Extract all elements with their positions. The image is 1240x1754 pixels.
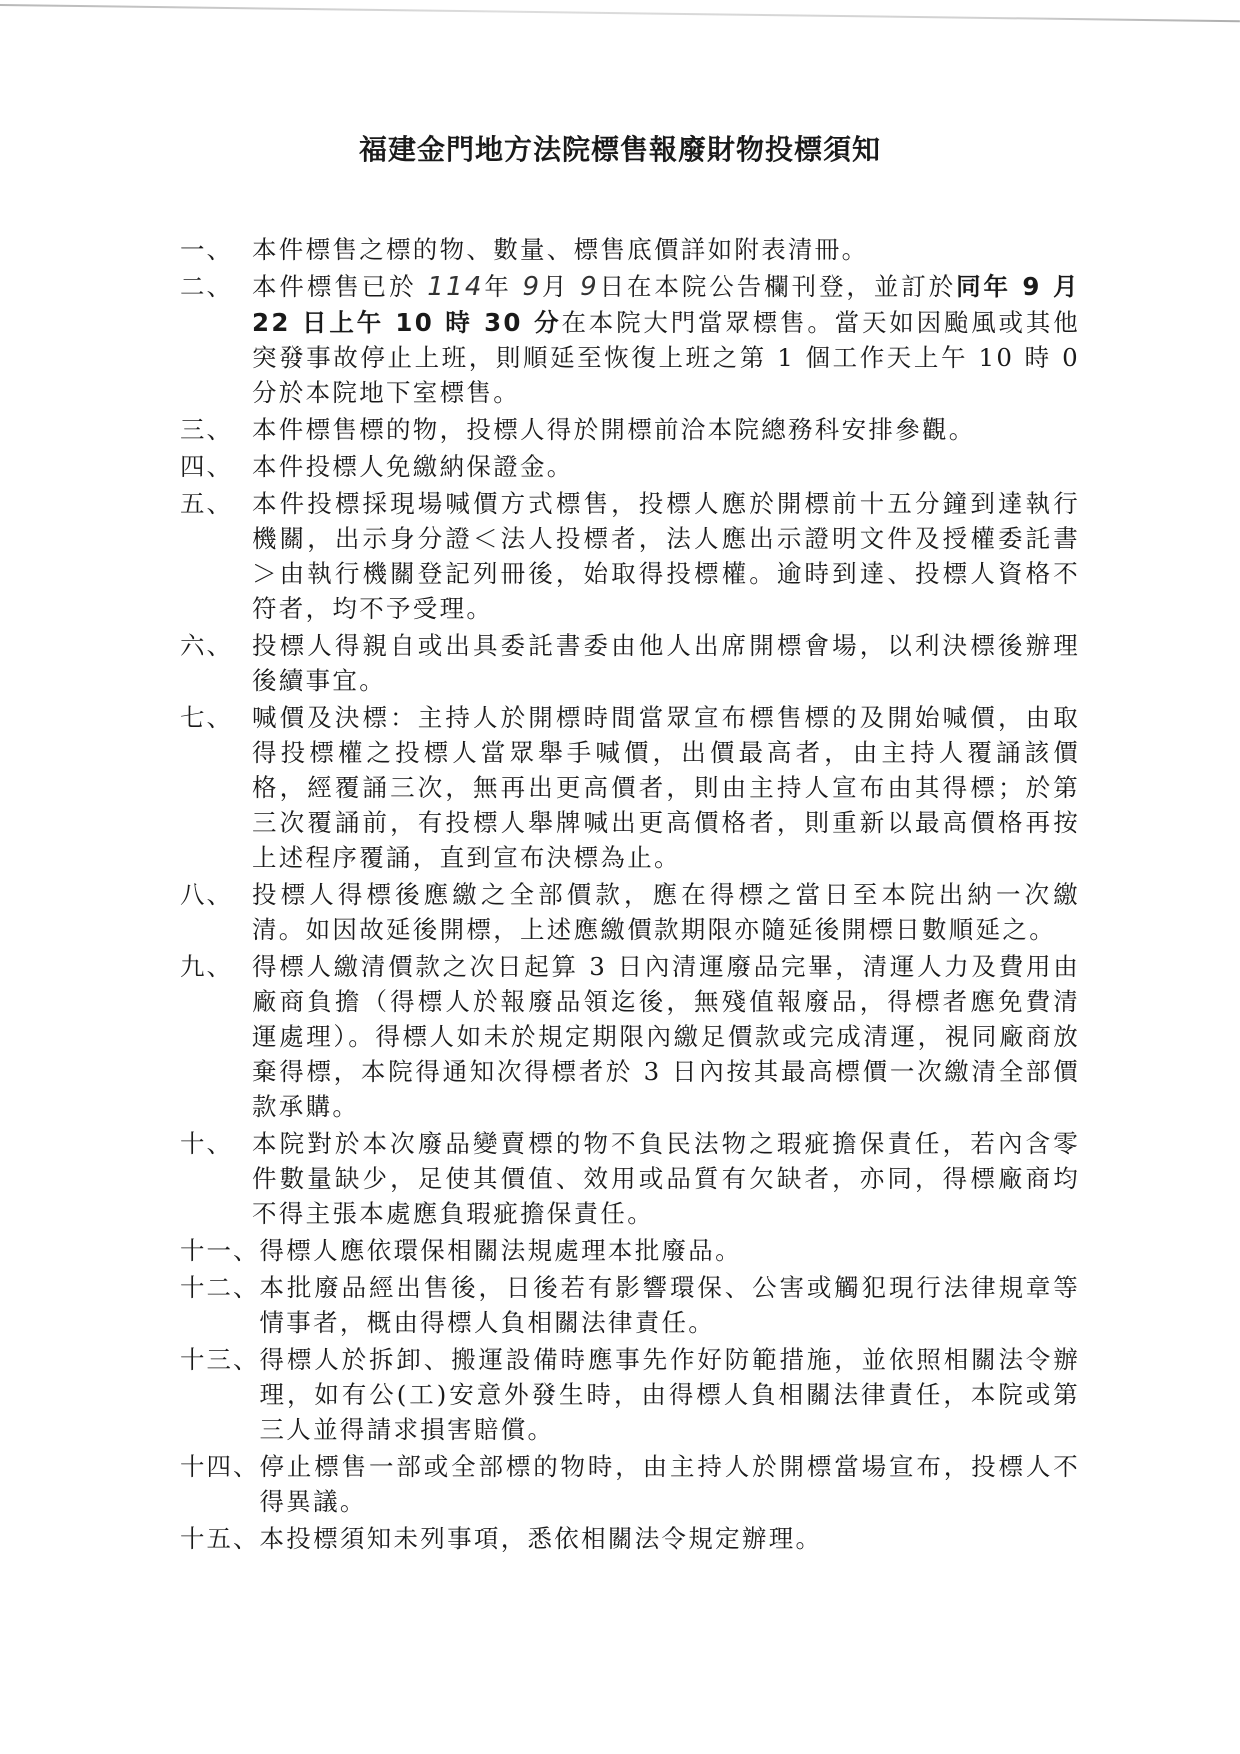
item-number: 八、 [180, 877, 252, 912]
item-text: 喊價及決標：主持人於開標時間當眾宣布標售標的及開始喊價，由取得投標權之投標人當眾… [252, 700, 1080, 875]
notice-item-4: 四、 本件投標人免繳納保證金。 [180, 449, 1080, 484]
item-text: 得標人於拆卸、搬運設備時應事先作好防範措施，並依照相關法令辦理，如有公(工)安意… [260, 1342, 1081, 1447]
item-text: 得標人繳清價款之次日起算 3 日內清運廢品完畢，清運人力及費用由廠商負擔（得標人… [252, 949, 1080, 1124]
notice-item-13: 十三、 得標人於拆卸、搬運設備時應事先作好防範措施，並依照相關法令辦理，如有公(… [180, 1342, 1080, 1447]
notice-item-14: 十四、 停止標售一部或全部標的物時，由主持人於開標當場宣布，投標人不得異議。 [180, 1449, 1080, 1519]
item-number: 三、 [180, 412, 252, 447]
document-title: 福建金門地方法院標售報廢財物投標須知 [0, 128, 1240, 168]
item-text: 本件投標人免繳納保證金。 [252, 449, 1080, 484]
item-number: 五、 [180, 486, 252, 521]
scan-edge-line [0, 4, 1240, 22]
item-text: 本件標售標的物，投標人得於開標前洽本院總務科安排參觀。 [252, 412, 1080, 447]
item-text: 本件標售已於 114年 9月 9日在本院公告欄刊登，並訂於同年 9 月 22 日… [252, 269, 1080, 410]
item-text-part: 年 [484, 272, 512, 301]
notice-item-5: 五、 本件投標採現場喊價方式標售，投標人應於開標前十五分鐘到達執行機關，出示身分… [180, 486, 1080, 626]
notice-item-15: 十五、 本投標須知未列事項，悉依相關法令規定辦理。 [180, 1521, 1080, 1556]
handwritten-month: 9 [523, 272, 542, 302]
handwritten-day: 9 [580, 272, 599, 302]
item-number: 十三、 [180, 1342, 260, 1377]
item-text: 投標人得標後應繳之全部價款，應在得標之當日至本院出納一次繳清。如因故延後開標，上… [252, 877, 1080, 947]
notice-item-9: 九、 得標人繳清價款之次日起算 3 日內清運廢品完畢，清運人力及費用由廠商負擔（… [180, 949, 1080, 1124]
item-number: 七、 [180, 700, 252, 735]
item-text-part: 月 [541, 272, 569, 301]
notice-item-8: 八、 投標人得標後應繳之全部價款，應在得標之當日至本院出納一次繳清。如因故延後開… [180, 877, 1080, 947]
item-text: 本投標須知未列事項，悉依相關法令規定辦理。 [260, 1521, 1081, 1556]
item-number: 四、 [180, 449, 252, 484]
item-number: 二、 [180, 269, 252, 304]
item-text-part: 日在本院公告欄刊登，並訂於 [599, 272, 956, 301]
notice-item-7: 七、 喊價及決標：主持人於開標時間當眾宣布標售標的及開始喊價，由取得投標權之投標… [180, 700, 1080, 875]
item-text: 本件投標採現場喊價方式標售，投標人應於開標前十五分鐘到達執行機關，出示身分證＜法… [252, 486, 1080, 626]
notice-item-12: 十二、 本批廢品經出售後，日後若有影響環保、公害或觸犯現行法律規章等情事者，概由… [180, 1270, 1080, 1340]
notice-item-3: 三、 本件標售標的物，投標人得於開標前洽本院總務科安排參觀。 [180, 412, 1080, 447]
item-number: 六、 [180, 628, 252, 663]
item-text: 本件標售之標的物、數量、標售底價詳如附表清冊。 [252, 232, 1080, 267]
item-text: 本批廢品經出售後，日後若有影響環保、公害或觸犯現行法律規章等情事者，概由得標人負… [260, 1270, 1081, 1340]
notice-item-6: 六、 投標人得親自或出具委託書委由他人出席開標會場，以利決標後辦理後續事宜。 [180, 628, 1080, 698]
item-text: 投標人得親自或出具委託書委由他人出席開標會場，以利決標後辦理後續事宜。 [252, 628, 1080, 698]
notice-item-10: 十、 本院對於本次廢品變賣標的物不負民法物之瑕疵擔保責任，若內含零件數量缺少，足… [180, 1126, 1080, 1231]
item-number: 十五、 [180, 1521, 260, 1556]
item-text: 得標人應依環保相關法規處理本批廢品。 [260, 1233, 1081, 1268]
item-number: 十四、 [180, 1449, 260, 1484]
item-number: 十、 [180, 1126, 252, 1161]
item-number: 一、 [180, 232, 252, 267]
notice-item-2: 二、 本件標售已於 114年 9月 9日在本院公告欄刊登，並訂於同年 9 月 2… [180, 269, 1080, 410]
item-text: 本院對於本次廢品變賣標的物不負民法物之瑕疵擔保責任，若內含零件數量缺少，足使其價… [252, 1126, 1080, 1231]
item-number: 十一、 [180, 1233, 260, 1268]
handwritten-year: 114 [427, 272, 484, 302]
item-text: 停止標售一部或全部標的物時，由主持人於開標當場宣布，投標人不得異議。 [260, 1449, 1081, 1519]
item-text-part: 本件標售已於 [252, 272, 417, 301]
item-number: 十二、 [180, 1270, 260, 1305]
notice-item-11: 十一、 得標人應依環保相關法規處理本批廢品。 [180, 1233, 1080, 1268]
item-number: 九、 [180, 949, 252, 984]
notice-item-1: 一、 本件標售之標的物、數量、標售底價詳如附表清冊。 [180, 232, 1080, 267]
notice-items: 一、 本件標售之標的物、數量、標售底價詳如附表清冊。 二、 本件標售已於 114… [180, 232, 1080, 1558]
